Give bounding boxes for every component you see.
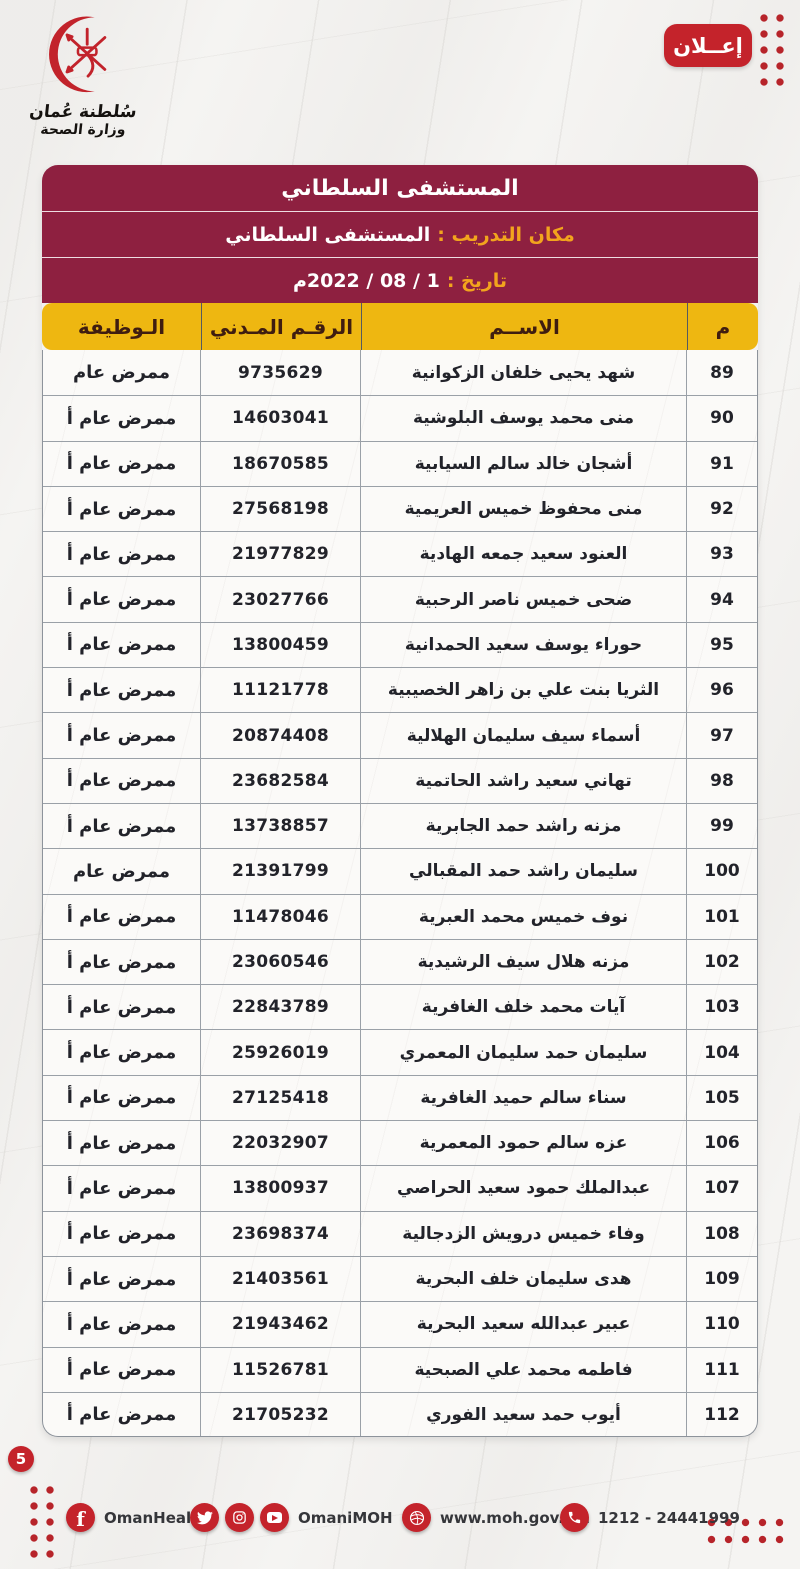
table-row: 94 ضحى خميس ناصر الرحبية 23027766 ممرض ع… [43, 576, 757, 621]
job-cell: ممرض عام أ [43, 1302, 200, 1346]
row-number-cell: 102 [686, 940, 757, 984]
dots-pattern-top-right [756, 10, 788, 90]
table-row: 109 هدى سليمان خلف البحرية 21403561 ممرض… [43, 1256, 757, 1301]
job-cell: ممرض عام أ [43, 1212, 200, 1256]
job-cell: ممرض عام أ [43, 668, 200, 712]
date-row: تاريخ : 1 / 08 / 2022م [42, 257, 758, 303]
hospital-title-row: المستشفى السلطاني [42, 165, 758, 211]
row-number-cell: 99 [686, 804, 757, 848]
row-number-cell: 98 [686, 759, 757, 803]
civil-id-cell: 22032907 [200, 1121, 360, 1165]
civil-id-cell: 14603041 [200, 396, 360, 440]
row-number-cell: 90 [686, 396, 757, 440]
row-number-cell: 103 [686, 985, 757, 1029]
column-header-name: الاســم [361, 303, 687, 350]
job-cell: ممرض عام أ [43, 487, 200, 531]
name-cell: آيات محمد خلف الغافرية [360, 985, 686, 1029]
job-cell: ممرض عام أ [43, 1121, 200, 1165]
logo-ministry-text: وزارة الصحة [13, 122, 153, 138]
oman-emblem-crescent-icon [41, 12, 125, 100]
job-cell: ممرض عام أ [43, 713, 200, 757]
phone-icon [560, 1503, 589, 1532]
announcement-badge: إعــلان [664, 24, 752, 67]
civil-id-cell: 23027766 [200, 577, 360, 621]
instagram-icon [225, 1503, 254, 1532]
youtube-contact: OmaniMOH [260, 1503, 393, 1532]
row-number-cell: 94 [686, 577, 757, 621]
job-cell: ممرض عام أ [43, 623, 200, 667]
table-row: 92 منى محفوظ خميس العريمية 27568198 ممرض… [43, 486, 757, 531]
name-cell: منى محمد يوسف البلوشية [360, 396, 686, 440]
column-header-no: م [687, 303, 758, 350]
facebook-icon: f [66, 1503, 95, 1532]
civil-id-cell: 25926019 [200, 1030, 360, 1074]
name-cell: عبدالملك حمود سعيد الحراصي [360, 1166, 686, 1210]
table-row: 102 مزنه هلال سيف الرشيدية 23060546 ممرض… [43, 939, 757, 984]
name-cell: مزنه راشد حمد الجابرية [360, 804, 686, 848]
table-row: 107 عبدالملك حمود سعيد الحراصي 13800937 … [43, 1165, 757, 1210]
civil-id-cell: 11478046 [200, 895, 360, 939]
name-cell: الثريا بنت علي بن زاهر الخصيبية [360, 668, 686, 712]
job-cell: ممرض عام أ [43, 1166, 200, 1210]
table-row: 106 عزه سالم حمود المعمرية 22032907 ممرض… [43, 1120, 757, 1165]
civil-id-cell: 27568198 [200, 487, 360, 531]
name-cell: فاطمه محمد علي الصبحية [360, 1348, 686, 1392]
name-cell: حوراء يوسف سعيد الحمدانية [360, 623, 686, 667]
civil-id-cell: 21977829 [200, 532, 360, 576]
twitter-icon [190, 1503, 219, 1532]
civil-id-cell: 9735629 [200, 350, 360, 395]
table-row: 105 سناء سالم حميد الغافرية 27125418 ممر… [43, 1075, 757, 1120]
phone-number: 1212 - 24441999 [598, 1509, 740, 1527]
civil-id-cell: 13738857 [200, 804, 360, 848]
job-cell: ممرض عام أ [43, 532, 200, 576]
table-row: 104 سليمان حمد سليمان المعمري 25926019 م… [43, 1029, 757, 1074]
announcement-card: المستشفى السلطاني مكان التدريب : المستشف… [42, 165, 758, 1437]
civil-id-cell: 21705232 [200, 1393, 360, 1437]
civil-id-cell: 23698374 [200, 1212, 360, 1256]
name-cell: سليمان حمد سليمان المعمري [360, 1030, 686, 1074]
logo-country-text: سُلطنة عُمان [13, 102, 153, 122]
table-row: 100 سليمان راشد حمد المقبالي 21391799 مم… [43, 848, 757, 893]
civil-id-cell: 11121778 [200, 668, 360, 712]
column-header-job: الـوظيفة [42, 303, 201, 350]
row-number-cell: 95 [686, 623, 757, 667]
date-label: تاريخ : [447, 270, 507, 292]
civil-id-cell: 22843789 [200, 985, 360, 1029]
name-cell: أشجان خالد سالم السيابية [360, 442, 686, 486]
training-place-label: مكان التدريب : [437, 224, 575, 246]
civil-id-cell: 13800937 [200, 1166, 360, 1210]
name-cell: عزه سالم حمود المعمرية [360, 1121, 686, 1165]
table-row: 112 أيوب حمد سعيد الفوري 21705232 ممرض ع… [43, 1392, 757, 1437]
row-number-cell: 93 [686, 532, 757, 576]
table-row: 90 منى محمد يوسف البلوشية 14603041 ممرض … [43, 395, 757, 440]
table-row: 96 الثريا بنت علي بن زاهر الخصيبية 11121… [43, 667, 757, 712]
row-number-cell: 112 [686, 1393, 757, 1437]
globe-icon [402, 1503, 431, 1532]
name-cell: تهاني سعيد راشد الحاتمية [360, 759, 686, 803]
civil-id-cell: 13800459 [200, 623, 360, 667]
name-cell: ضحى خميس ناصر الرحبية [360, 577, 686, 621]
job-cell: ممرض عام أ [43, 1348, 200, 1392]
job-cell: ممرض عام أ [43, 442, 200, 486]
social-handle: OmaniMOH [298, 1509, 393, 1527]
name-cell: أيوب حمد سعيد الفوري [360, 1393, 686, 1437]
table-row: 91 أشجان خالد سالم السيابية 18670585 ممر… [43, 441, 757, 486]
phone-contact: 1212 - 24441999 [560, 1503, 740, 1532]
job-cell: ممرض عام أ [43, 577, 200, 621]
job-cell: ممرض عام أ [43, 895, 200, 939]
job-cell: ممرض عام أ [43, 1030, 200, 1074]
name-cell: منى محفوظ خميس العريمية [360, 487, 686, 531]
table-row: 110 عبير عبدالله سعيد البحرية 21943462 م… [43, 1301, 757, 1346]
row-number-cell: 107 [686, 1166, 757, 1210]
job-cell: ممرض عام أ [43, 985, 200, 1029]
page-number-badge: 5 [8, 1446, 34, 1472]
row-number-cell: 108 [686, 1212, 757, 1256]
civil-id-cell: 21391799 [200, 849, 360, 893]
card-header: المستشفى السلطاني مكان التدريب : المستشف… [42, 165, 758, 303]
table-row: 89 شهد يحيى خلفان الزكوانية 9735629 ممرض… [43, 350, 757, 395]
civil-id-cell: 20874408 [200, 713, 360, 757]
row-number-cell: 92 [686, 487, 757, 531]
ministry-of-health-logo: سُلطنة عُمان وزارة الصحة [14, 12, 152, 138]
job-cell: ممرض عام أ [43, 940, 200, 984]
job-cell: ممرض عام أ [43, 1076, 200, 1120]
table-header-row: م الاســم الرقـم المـدني الـوظيفة [42, 303, 758, 350]
name-cell: وفاء خميس درويش الزدجالية [360, 1212, 686, 1256]
table-row: 99 مزنه راشد حمد الجابرية 13738857 ممرض … [43, 803, 757, 848]
table-row: 95 حوراء يوسف سعيد الحمدانية 13800459 مم… [43, 622, 757, 667]
civil-id-cell: 21403561 [200, 1257, 360, 1301]
job-cell: ممرض عام أ [43, 396, 200, 440]
row-number-cell: 106 [686, 1121, 757, 1165]
column-header-civil-id: الرقـم المـدني [201, 303, 361, 350]
civil-id-cell: 11526781 [200, 1348, 360, 1392]
job-cell: ممرض عام أ [43, 1393, 200, 1437]
table-row: 93 العنود سعيد جمعه الهادية 21977829 ممر… [43, 531, 757, 576]
youtube-icon [260, 1503, 289, 1532]
training-place-row: مكان التدريب : المستشفى السلطاني [42, 211, 758, 257]
name-cell: نوف خميس محمد العبرية [360, 895, 686, 939]
civil-id-cell: 27125418 [200, 1076, 360, 1120]
name-cell: هدى سليمان خلف البحرية [360, 1257, 686, 1301]
civil-id-cell: 18670585 [200, 442, 360, 486]
row-number-cell: 110 [686, 1302, 757, 1346]
job-cell: ممرض عام أ [43, 1257, 200, 1301]
row-number-cell: 109 [686, 1257, 757, 1301]
table-row: 111 فاطمه محمد علي الصبحية 11526781 ممرض… [43, 1347, 757, 1392]
row-number-cell: 91 [686, 442, 757, 486]
job-cell: ممرض عام أ [43, 804, 200, 848]
hospital-title: المستشفى السلطاني [281, 176, 518, 201]
table-row: 98 تهاني سعيد راشد الحاتمية 23682584 ممر… [43, 758, 757, 803]
name-cell: سليمان راشد حمد المقبالي [360, 849, 686, 893]
job-cell: ممرض عام أ [43, 759, 200, 803]
announcement-page: { "colors": { "maroon": "#8e2040", "yell… [0, 0, 800, 1569]
row-number-cell: 89 [686, 350, 757, 395]
job-cell: ممرض عام [43, 350, 200, 395]
facebook-contact: f OmanHealth [66, 1503, 209, 1532]
training-place-value: المستشفى السلطاني [225, 224, 430, 246]
table-row: 97 أسماء سيف سليمان الهلالية 20874408 مم… [43, 712, 757, 757]
date-value: 1 / 08 / 2022م [293, 270, 440, 292]
name-cell: العنود سعيد جمعه الهادية [360, 532, 686, 576]
footer-contact-bar: f OmanHealth OmaniMOH www.moh.gov.om [0, 1503, 800, 1533]
table-row: 103 آيات محمد خلف الغافرية 22843789 ممرض… [43, 984, 757, 1029]
row-number-cell: 97 [686, 713, 757, 757]
name-cell: أسماء سيف سليمان الهلالية [360, 713, 686, 757]
civil-id-cell: 23682584 [200, 759, 360, 803]
name-cell: عبير عبدالله سعيد البحرية [360, 1302, 686, 1346]
row-number-cell: 100 [686, 849, 757, 893]
name-cell: مزنه هلال سيف الرشيدية [360, 940, 686, 984]
table-body: 89 شهد يحيى خلفان الزكوانية 9735629 ممرض… [42, 350, 758, 1437]
row-number-cell: 101 [686, 895, 757, 939]
table-row: 108 وفاء خميس درويش الزدجالية 23698374 م… [43, 1211, 757, 1256]
row-number-cell: 104 [686, 1030, 757, 1074]
row-number-cell: 96 [686, 668, 757, 712]
name-cell: سناء سالم حميد الغافرية [360, 1076, 686, 1120]
row-number-cell: 105 [686, 1076, 757, 1120]
table-row: 101 نوف خميس محمد العبرية 11478046 ممرض … [43, 894, 757, 939]
row-number-cell: 111 [686, 1348, 757, 1392]
name-cell: شهد يحيى خلفان الزكوانية [360, 350, 686, 395]
civil-id-cell: 23060546 [200, 940, 360, 984]
civil-id-cell: 21943462 [200, 1302, 360, 1346]
job-cell: ممرض عام [43, 849, 200, 893]
